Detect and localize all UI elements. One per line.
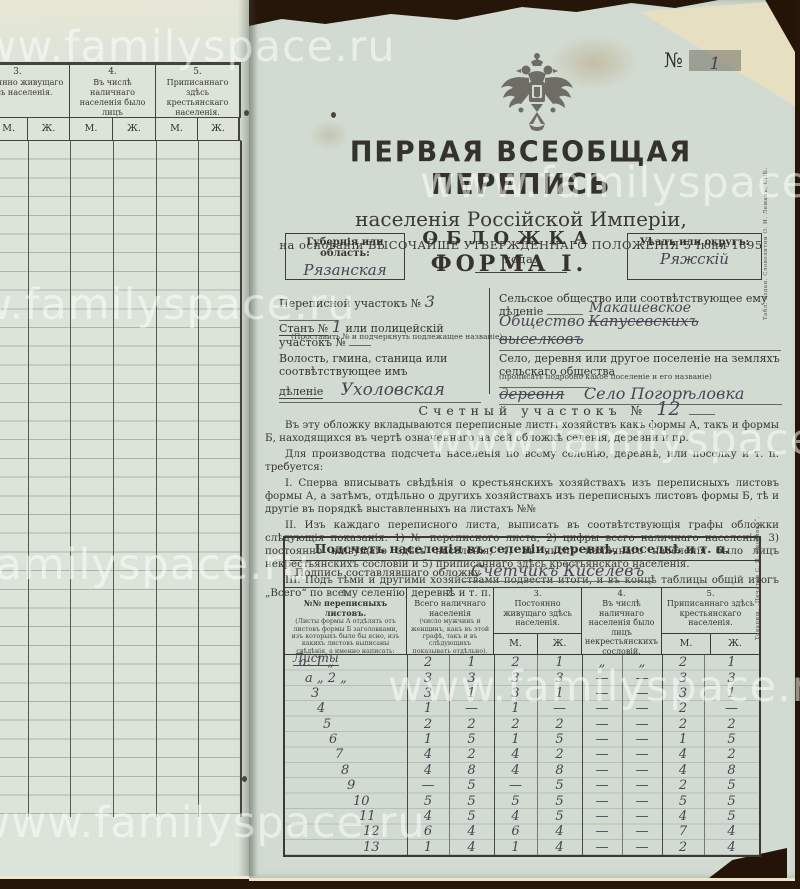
imperial-double-headed-eagle-icon bbox=[493, 50, 581, 140]
row-label-handwritten: 12 bbox=[285, 824, 407, 839]
m-header: М. bbox=[70, 118, 113, 140]
count-value-handwritten: 1 bbox=[449, 686, 494, 701]
col-number: 3. bbox=[494, 588, 581, 599]
instruction-paragraph: I. Сперва вписывать свѣдѣнія о крестьянс… bbox=[265, 477, 779, 516]
count-value-handwritten: 5 bbox=[494, 794, 537, 809]
count-value-handwritten: — bbox=[582, 701, 622, 716]
table-row: 61515——15 bbox=[285, 732, 759, 747]
province-value-handwritten: Рязанская bbox=[286, 261, 404, 279]
count-value-handwritten: — bbox=[582, 763, 622, 778]
count-value-handwritten: 8 bbox=[449, 763, 494, 778]
printer-imprint: Табл. издан. Словолитни О. И. Леманъ, СП… bbox=[763, 150, 769, 320]
count-value-handwritten: — bbox=[622, 809, 662, 824]
m-header: М. bbox=[494, 634, 538, 654]
header-col-4: 4. Въ числѣ наличнаго населенія было лиц… bbox=[582, 588, 662, 654]
left-page: 3. Постоянно живущаго здѣсь населенія. 4… bbox=[0, 0, 249, 879]
count-value-handwritten: 4 bbox=[449, 824, 494, 839]
count-value-handwritten: — bbox=[622, 840, 662, 855]
count-table-body: Листы а. 1 „2121„„21а „ 2 „3333——3333131… bbox=[285, 655, 759, 855]
table-row: 131414——24 bbox=[285, 840, 759, 855]
account-label: Счетный участокъ № bbox=[419, 403, 648, 418]
col-label: №№ переписныхъ листовъ. bbox=[285, 599, 406, 618]
table-row: 9—5—5——25 bbox=[285, 778, 759, 793]
count-value-handwritten: 4 bbox=[704, 840, 759, 855]
count-value-handwritten: — bbox=[622, 732, 662, 747]
header-col-5: 5. Приписаннаго здѣсь крестьянскаго насе… bbox=[662, 588, 759, 654]
count-value-handwritten: 3 bbox=[662, 686, 704, 701]
count-value-handwritten: 5 bbox=[704, 809, 759, 824]
count-value-handwritten: 1 bbox=[407, 701, 449, 716]
table-row: 84848——48 bbox=[285, 763, 759, 778]
count-value-handwritten: 5 bbox=[537, 809, 582, 824]
left-col-3: 3. Постоянно живущаго здѣсь населенія. bbox=[0, 65, 70, 117]
row-label-handwritten: 4 bbox=[285, 701, 407, 716]
table-row: 126464——74 bbox=[285, 824, 759, 839]
count-value-handwritten: 1 bbox=[704, 686, 759, 701]
count-value-handwritten: 4 bbox=[662, 809, 704, 824]
count-value-handwritten: 2 bbox=[704, 717, 759, 732]
count-value-handwritten: — bbox=[622, 717, 662, 732]
count-value-handwritten: 2 bbox=[662, 655, 704, 670]
count-table-header: 1. №№ переписныхъ листовъ. (Листы формы … bbox=[285, 587, 759, 655]
count-value-handwritten: — bbox=[622, 701, 662, 716]
table-row: 74242——42 bbox=[285, 747, 759, 762]
instruction-paragraph: Для производства подсчета населенія по в… bbox=[265, 448, 779, 474]
col-number: 4. bbox=[582, 588, 661, 599]
count-value-handwritten: 5 bbox=[704, 732, 759, 747]
left-table-mzh-row: М. Ж. М. Ж. М. Ж. bbox=[0, 118, 241, 141]
count-value-handwritten: 2 bbox=[662, 717, 704, 732]
count-value-handwritten: 4 bbox=[537, 824, 582, 839]
count-value-handwritten: 1 bbox=[449, 655, 494, 670]
row-label-handwritten: 3 bbox=[285, 686, 407, 701]
society-value-handwritten: Общество bbox=[499, 312, 585, 330]
zh-header: Ж. bbox=[538, 634, 581, 654]
count-value-handwritten: 3 bbox=[537, 671, 582, 686]
count-value-handwritten: 1 bbox=[537, 655, 582, 670]
count-value-handwritten: 5 bbox=[704, 794, 759, 809]
row-label-handwritten: 8 bbox=[285, 763, 407, 778]
count-value-handwritten: — bbox=[537, 701, 582, 716]
count-value-handwritten: 4 bbox=[494, 809, 537, 824]
page-number: № 1 bbox=[664, 48, 741, 72]
left-table-empty-grid bbox=[0, 141, 241, 817]
count-value-handwritten: — bbox=[582, 809, 622, 824]
volost-value-handwritten: Ухоловская bbox=[341, 380, 445, 400]
row-label-handwritten: 7 bbox=[285, 747, 407, 762]
count-value-handwritten: 2 bbox=[662, 701, 704, 716]
count-value-handwritten: 3 bbox=[662, 671, 704, 686]
count-value-handwritten: — bbox=[582, 732, 622, 747]
count-value-handwritten: 1 bbox=[494, 840, 537, 855]
m-header: М. bbox=[662, 634, 711, 654]
m-header: М. bbox=[156, 118, 198, 140]
count-value-handwritten: — bbox=[582, 824, 622, 839]
volost-label2: дѣленіе bbox=[279, 385, 323, 399]
count-value-handwritten: — bbox=[582, 794, 622, 809]
count-value-handwritten: — bbox=[622, 671, 662, 686]
instruction-paragraph: Въ эту обложку вкладываются переписные л… bbox=[265, 419, 779, 445]
table-row: 105555——55 bbox=[285, 793, 759, 808]
count-value-handwritten: 4 bbox=[494, 747, 537, 762]
count-value-handwritten: 2 bbox=[449, 747, 494, 762]
table-row: а. 1 „2121„„21 bbox=[285, 655, 759, 670]
col-label: Постоянно живущаго здѣсь населенія. bbox=[494, 599, 581, 628]
count-value-handwritten: — bbox=[582, 717, 622, 732]
count-value-handwritten: — bbox=[704, 701, 759, 716]
count-value-handwritten: 1 bbox=[407, 840, 449, 855]
count-value-handwritten: 2 bbox=[537, 747, 582, 762]
zh-header: Ж. bbox=[113, 118, 156, 140]
count-value-handwritten: — bbox=[622, 824, 662, 839]
column-divider bbox=[489, 288, 490, 394]
zh-header: Ж. bbox=[28, 118, 70, 140]
count-value-handwritten: — bbox=[622, 794, 662, 809]
precinct-value-handwritten: 3 bbox=[425, 292, 435, 311]
count-value-handwritten: — bbox=[622, 747, 662, 762]
col-label: Приписаннаго здѣсь крестьянскаго населен… bbox=[662, 599, 759, 628]
count-value-handwritten: 5 bbox=[704, 778, 759, 793]
count-value-handwritten: 2 bbox=[407, 655, 449, 670]
count-value-handwritten: 8 bbox=[704, 763, 759, 778]
count-value-handwritten: — bbox=[494, 778, 537, 793]
col-note: (Листы формы А отдѣлять отъ листовъ форм… bbox=[285, 618, 406, 654]
count-value-handwritten: 5 bbox=[449, 778, 494, 793]
count-value-handwritten: 2 bbox=[662, 778, 704, 793]
stan-note: (Проставить № и подчеркнуть подлежащее н… bbox=[291, 332, 505, 341]
lists-heading-handwritten: Листы bbox=[293, 651, 339, 666]
count-value-handwritten: 6 bbox=[494, 824, 537, 839]
row-label-handwritten: 10 bbox=[285, 794, 407, 809]
row-label-handwritten: а „ 2 „ bbox=[285, 671, 407, 686]
count-value-handwritten: 3 bbox=[407, 686, 449, 701]
count-value-handwritten: 4 bbox=[662, 747, 704, 762]
count-value-handwritten: 1 bbox=[407, 732, 449, 747]
col-number: 5. bbox=[156, 67, 239, 77]
signature-value-handwritten: Счетчикъ Киселевъ bbox=[463, 561, 652, 582]
left-col-4: 4. Въ числѣ наличнаго населенія было лиц… bbox=[70, 65, 156, 117]
count-value-handwritten: 3 bbox=[704, 671, 759, 686]
col-number: 5. bbox=[662, 588, 759, 599]
zh-header: Ж. bbox=[711, 634, 759, 654]
district-label: Уѣздъ или округъ: bbox=[628, 237, 761, 248]
page-number-value: 1 bbox=[710, 54, 721, 74]
count-value-handwritten: 2 bbox=[407, 717, 449, 732]
table-row: 52222——22 bbox=[285, 717, 759, 732]
count-value-handwritten: 1 bbox=[662, 732, 704, 747]
volost-label: Волость, гмина, станица или соотвѣтствую… bbox=[279, 352, 447, 378]
count-value-handwritten: — bbox=[582, 686, 622, 701]
account-value-handwritten: 12 bbox=[656, 398, 680, 420]
count-value-handwritten: — bbox=[582, 778, 622, 793]
row-label-handwritten: 6 bbox=[285, 732, 407, 747]
count-value-handwritten: 6 bbox=[407, 824, 449, 839]
col-number: 2. bbox=[407, 588, 493, 599]
count-value-handwritten: 5 bbox=[662, 794, 704, 809]
table-row: 41—1———2— bbox=[285, 701, 759, 716]
count-value-handwritten: 5 bbox=[537, 794, 582, 809]
col-desc: Постоянно живущаго здѣсь населенія. bbox=[0, 77, 69, 99]
header-col-2: 2. Всего наличнаго населенія (число мужч… bbox=[407, 588, 494, 654]
count-value-handwritten: 7 bbox=[662, 824, 704, 839]
count-value-handwritten: 4 bbox=[704, 824, 759, 839]
scanned-census-cover: 3. Постоянно живущаго здѣсь населенія. 4… bbox=[0, 0, 800, 889]
count-value-handwritten: 4 bbox=[662, 763, 704, 778]
header-col-3: 3. Постоянно живущаго здѣсь населенія. М… bbox=[494, 588, 582, 654]
col-note: (число мужчинъ и женщинъ, какъ въ этой г… bbox=[407, 618, 493, 654]
col-number: 3. bbox=[0, 67, 69, 77]
signature-line: Подпись составлявшаго обложку Счетчикъ К… bbox=[285, 561, 759, 587]
count-value-handwritten: 1 bbox=[494, 701, 537, 716]
col-number: 4. bbox=[70, 67, 155, 77]
precinct-label: Переписной участокъ № bbox=[279, 297, 421, 310]
census-title: ПЕРВАЯ ВСЕОБЩАЯ ПЕРЕПИСЬ bbox=[263, 136, 779, 201]
count-value-handwritten: 3 bbox=[494, 671, 537, 686]
col-label: Всего наличнаго населенія bbox=[407, 599, 493, 618]
printer-imprint: Товарищ. „Печатня С. П. Яковлева“. bbox=[755, 490, 761, 640]
count-value-handwritten: 2 bbox=[537, 717, 582, 732]
left-table-header-row: 3. Постоянно живущаго здѣсь населенія. 4… bbox=[0, 65, 241, 118]
count-table: Подсчетъ населенія въ селеніи, деревнѣ, … bbox=[283, 536, 761, 857]
count-value-handwritten: 5 bbox=[449, 794, 494, 809]
account-precinct-line: Счетный участокъ № 12 bbox=[369, 398, 765, 420]
binding-shadow bbox=[238, 0, 258, 876]
cover-word: ОБЛОЖКА bbox=[419, 228, 599, 249]
table-row: 33131——31 bbox=[285, 686, 759, 701]
count-value-handwritten: 3 bbox=[449, 671, 494, 686]
row-label-handwritten: 11 bbox=[285, 809, 407, 824]
count-value-handwritten: 1 bbox=[494, 732, 537, 747]
count-value-handwritten: — bbox=[622, 778, 662, 793]
count-value-handwritten: 1 bbox=[537, 686, 582, 701]
count-value-handwritten: „ bbox=[582, 655, 622, 670]
header-col-1: 1. №№ переписныхъ листовъ. (Листы формы … bbox=[285, 588, 407, 654]
count-value-handwritten: 5 bbox=[449, 732, 494, 747]
signature-label: Подпись составлявшаго обложку bbox=[295, 567, 480, 579]
district-box: Уѣздъ или округъ: Ряжскій bbox=[627, 233, 762, 280]
count-value-handwritten: — bbox=[407, 778, 449, 793]
table-row: 114545——45 bbox=[285, 809, 759, 824]
row-label-handwritten: 13 bbox=[285, 840, 407, 855]
district-value-handwritten: Ряжскій bbox=[628, 250, 761, 268]
count-value-handwritten: „ bbox=[622, 655, 662, 670]
count-value-handwritten: — bbox=[622, 686, 662, 701]
col-label: Въ числѣ наличнаго населенія было лицъ н… bbox=[582, 599, 661, 654]
cover-form-heading: ОБЛОЖКА ФОРМА I. bbox=[419, 228, 599, 277]
form-word: ФОРМА I. bbox=[419, 251, 599, 277]
count-value-handwritten: 4 bbox=[407, 763, 449, 778]
count-value-handwritten: 3 bbox=[494, 686, 537, 701]
province-box: Губернія или область: Рязанская bbox=[285, 233, 405, 280]
count-value-handwritten: 4 bbox=[537, 840, 582, 855]
count-table-title: Подсчетъ населенія въ селеніи, деревнѣ, … bbox=[285, 538, 759, 561]
count-value-handwritten: 8 bbox=[537, 763, 582, 778]
numero-sign: № bbox=[664, 48, 683, 72]
col-desc: Приписаннаго здѣсь крестьянскаго населен… bbox=[156, 77, 239, 117]
count-value-handwritten: 4 bbox=[407, 809, 449, 824]
count-value-handwritten: 5 bbox=[537, 778, 582, 793]
count-value-handwritten: 2 bbox=[494, 717, 537, 732]
village-note: (прописать подробно какое поселеніе и ег… bbox=[499, 372, 712, 381]
count-value-handwritten: 2 bbox=[662, 840, 704, 855]
m-header: М. bbox=[0, 118, 28, 140]
count-value-handwritten: 5 bbox=[407, 794, 449, 809]
count-value-handwritten: — bbox=[582, 747, 622, 762]
count-value-handwritten: 3 bbox=[407, 671, 449, 686]
volost-label-line: Волость, гмина, станица или соотвѣтствую… bbox=[279, 352, 484, 378]
count-value-handwritten: — bbox=[449, 701, 494, 716]
count-value-handwritten: 5 bbox=[449, 809, 494, 824]
count-value-handwritten: — bbox=[622, 763, 662, 778]
count-value-handwritten: 4 bbox=[407, 747, 449, 762]
zh-header: Ж. bbox=[198, 118, 240, 140]
society-value-line: Общество Капусевскихъ выселковъ bbox=[499, 312, 781, 351]
count-value-handwritten: 2 bbox=[494, 655, 537, 670]
page-number-box: 1 bbox=[689, 50, 741, 71]
left-col-5: 5. Приписаннаго здѣсь крестьянскаго насе… bbox=[156, 65, 241, 117]
right-page: № 1 bbox=[249, 0, 795, 881]
count-value-handwritten: 2 bbox=[449, 717, 494, 732]
count-value-handwritten: — bbox=[582, 840, 622, 855]
count-value-handwritten: 5 bbox=[537, 732, 582, 747]
count-value-handwritten: 1 bbox=[704, 655, 759, 670]
count-value-handwritten: — bbox=[582, 671, 622, 686]
col-desc: Въ числѣ наличнаго населенія было лицъ н… bbox=[70, 77, 155, 117]
count-value-handwritten: 2 bbox=[704, 747, 759, 762]
row-label-handwritten: 9 bbox=[285, 778, 407, 793]
table-row: а „ 2 „3333——33 bbox=[285, 670, 759, 685]
count-value-handwritten: 4 bbox=[494, 763, 537, 778]
province-label: Губернія или область: bbox=[286, 237, 404, 259]
count-value-handwritten: 4 bbox=[449, 840, 494, 855]
row-label-handwritten: 5 bbox=[285, 717, 407, 732]
left-page-table: 3. Постоянно живущаго здѣсь населенія. 4… bbox=[0, 62, 241, 817]
